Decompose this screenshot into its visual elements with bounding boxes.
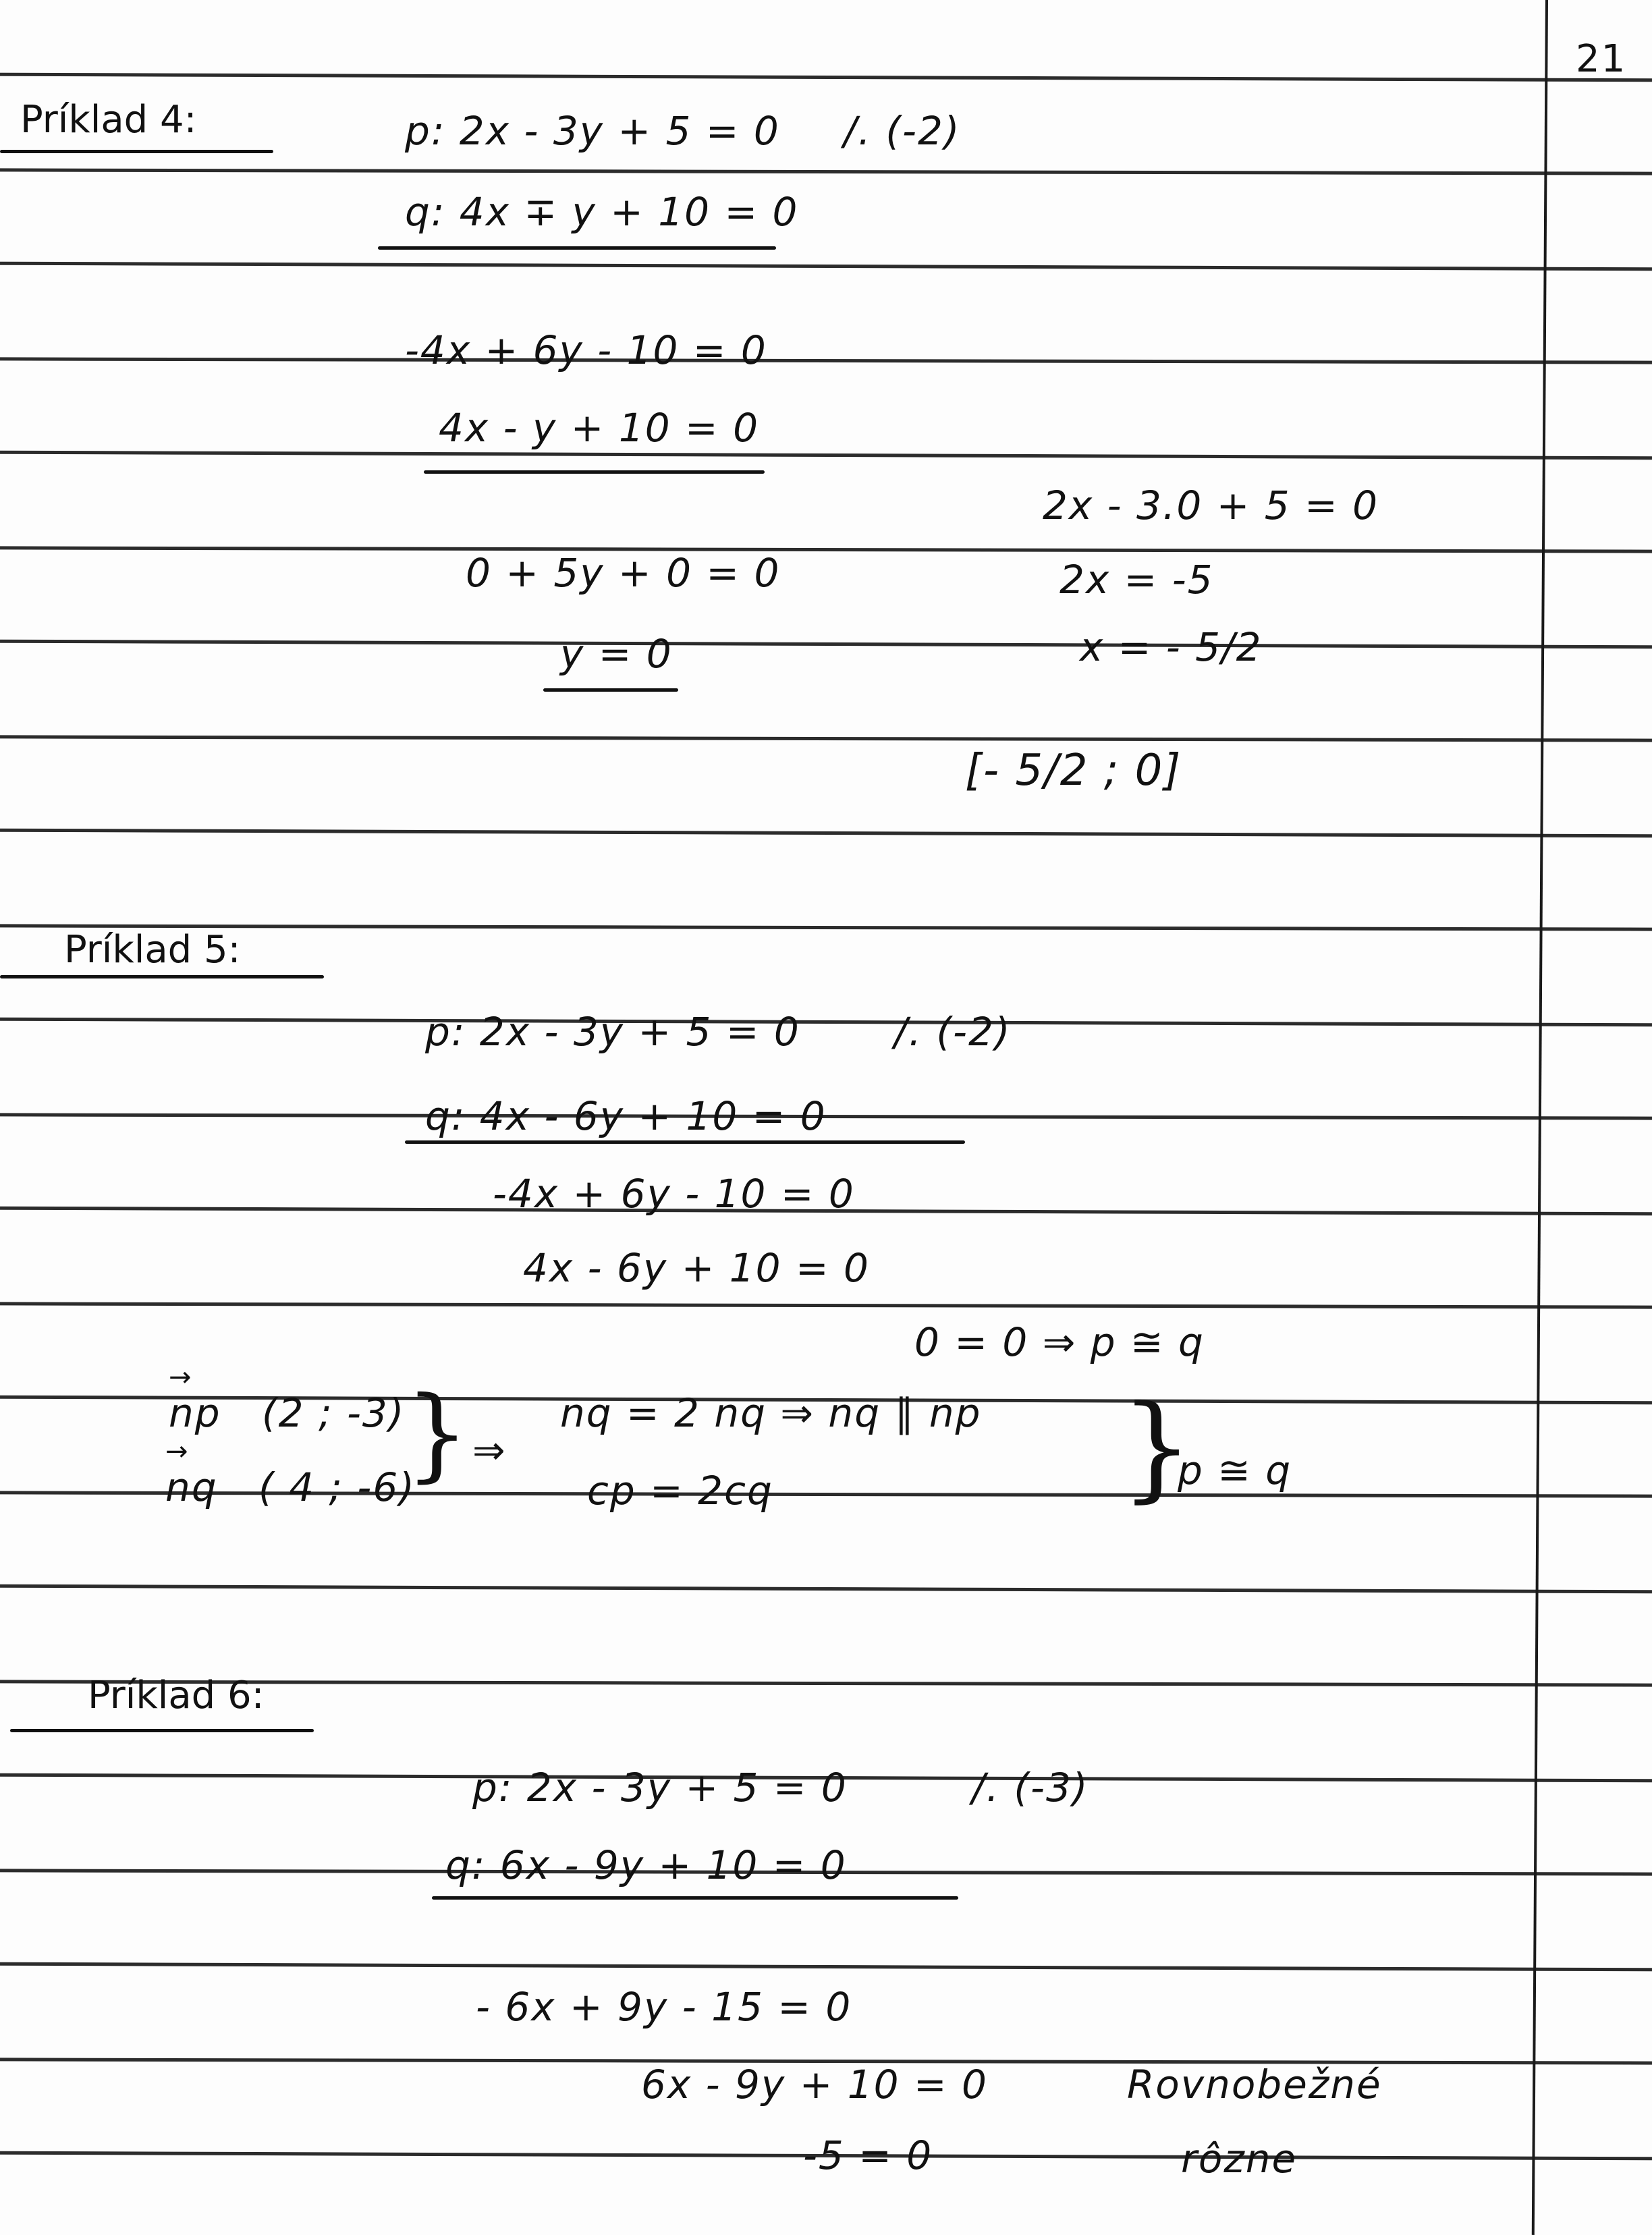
example6-title: Príklad 6: <box>88 1677 265 1715</box>
example4-title-underline <box>0 150 273 153</box>
example5-q-equation: q: 4x - 6y + 10 = 0 <box>425 1097 827 1136</box>
ruled-line <box>0 924 1652 931</box>
example5-normal-p: np (2 ; -3) <box>169 1394 405 1433</box>
notebook-page: 21 Príklad 4: p: 2x - 3y + 5 = 0 /. (-2)… <box>0 0 1652 2235</box>
vector-np: np <box>169 1394 221 1433</box>
example6-q-equation: q: 6x - 9y + 10 = 0 <box>445 1846 847 1885</box>
ruled-line <box>0 262 1652 271</box>
normal-p-value: (2 ; -3) <box>262 1390 405 1436</box>
example4-y-underline <box>543 688 678 692</box>
example4-2x: 2x = -5 <box>1059 560 1214 599</box>
ruled-line <box>0 1018 1652 1027</box>
example4-sum: 0 + 5y + 0 = 0 <box>466 553 780 592</box>
ruled-line <box>0 357 1652 364</box>
ruled-line <box>0 640 1652 649</box>
normal-q-value: ( 4 ; -6) <box>258 1464 416 1510</box>
ruled-line <box>0 735 1652 742</box>
page-number: 21 <box>1576 40 1626 78</box>
example4-step2: 4x - y + 10 = 0 <box>439 408 759 447</box>
example6-p-equation: p: 2x - 3y + 5 = 0 <box>472 1768 848 1807</box>
right-brace: } <box>405 1383 469 1485</box>
ruled-line <box>0 1962 1652 1972</box>
example4-p-equation: p: 2x - 3y + 5 = 0 <box>405 111 780 150</box>
example4-q-equation: q: 4x ∓ y + 10 = 0 <box>405 192 798 231</box>
example6-step2: 6x - 9y + 10 = 0 <box>641 2065 988 2104</box>
example4-y-result: y = 0 <box>560 634 673 673</box>
ruled-line <box>0 546 1652 553</box>
example6-result: -5 = 0 <box>803 2136 933 2175</box>
example4-substitution: 2x - 3.0 + 5 = 0 <box>1043 486 1379 525</box>
example4-q-underline <box>378 246 776 250</box>
example6-title-underline <box>10 1729 314 1732</box>
example5-result: 0 = 0 ⇒ p ≅ q <box>914 1323 1205 1362</box>
example5-relation-constants: cp = 2cq <box>587 1471 773 1510</box>
example5-relation-normals: nq = 2 nq ⇒ nq ∥ np <box>560 1394 981 1433</box>
example5-step2: 4x - 6y + 10 = 0 <box>523 1248 870 1288</box>
example5-title-underline <box>0 975 324 978</box>
example4-step-underline <box>424 470 765 474</box>
example6-q-underline <box>432 1896 958 1900</box>
ruled-line <box>0 73 1652 82</box>
example4-title: Príklad 4: <box>20 101 197 139</box>
ruled-line <box>0 451 1652 460</box>
example5-p-equation: p: 2x - 3y + 5 = 0 <box>425 1012 800 1051</box>
example6-conclusion-distinct: rôzne <box>1181 2139 1297 2178</box>
example5-title: Príklad 5: <box>64 931 241 969</box>
example5-normal-q: nq ( 4 ; -6) <box>165 1468 416 1507</box>
example6-conclusion-parallel: Rovnobežné <box>1127 2065 1382 2104</box>
example4-intersection-point: [- 5/2 ; 0] <box>965 749 1182 792</box>
vector-nq: nq <box>165 1468 218 1507</box>
example5-implies: ⇒ <box>472 1431 507 1470</box>
ruled-line <box>0 1584 1652 1594</box>
ruled-line <box>0 1302 1652 1308</box>
example4-step1: -4x + 6y - 10 = 0 <box>405 331 767 370</box>
example6-multiplier: /. (-3) <box>972 1768 1089 1807</box>
example5-step1: -4x + 6y - 10 = 0 <box>493 1174 855 1213</box>
ruled-line <box>0 829 1652 838</box>
example6-step1: - 6x + 9y - 15 = 0 <box>476 1987 852 2026</box>
example4-multiplier: /. (-2) <box>844 111 961 150</box>
example5-multiplier: /. (-2) <box>894 1012 1012 1051</box>
ruled-line <box>0 168 1652 175</box>
example5-q-underline <box>405 1140 965 1144</box>
example4-x-result: x = - 5/2 <box>1080 628 1263 667</box>
example5-conclusion: p ≅ q <box>1178 1451 1292 1490</box>
